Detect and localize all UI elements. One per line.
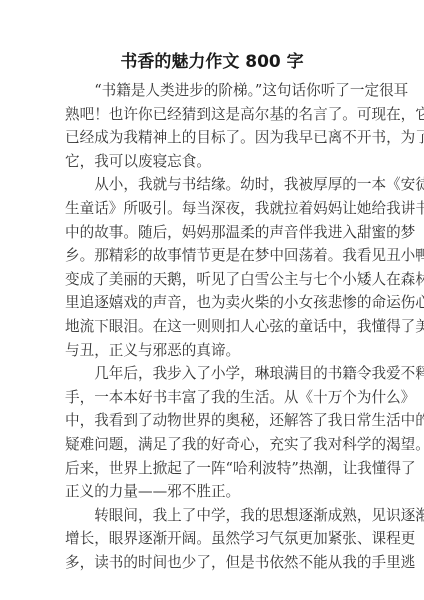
text-line: 疑难问题，满足了我的好奇心，充实了我对科学的渴望。	[65, 433, 361, 457]
paragraph-4: 转眼间，我上了中学，我的思想逐渐成熟，见识逐渐 增长，眼界逐渐开阔。虽然学习气氛…	[65, 504, 361, 575]
text-line: 已经成为我精神上的目标了。因为我早已离不开书，为了	[65, 126, 361, 150]
text-line: 多，读书的时间也少了，但是书依然不能从我的手里逃	[65, 551, 361, 575]
text-line: 正义的力量——邪不胜正。	[65, 480, 361, 504]
paragraph-2: 从小，我就与书结缘。幼时，我被厚厚的一本《安徒 生童话》所吸引。每当深夜，我就拉…	[65, 173, 361, 362]
text-line: 与丑，正义与邪恶的真谛。	[65, 339, 361, 363]
document-page: 书香的魅力作文 800 字 “书籍是人类进步的阶梯。”这句话你听了一定很耳 熟吧…	[0, 0, 424, 600]
text-line: 地流下眼泪。在这一则则扣人心弦的童话中，我懂得了美	[65, 315, 361, 339]
text-line: 从小，我就与书结缘。幼时，我被厚厚的一本《安徒	[65, 173, 361, 197]
text-line: 中的故事。随后，妈妈那温柔的声音伴我进入甜蜜的梦	[65, 221, 361, 245]
text-line: 熟吧！也许你已经猜到这是高尔基的名言了。可现在，它	[65, 103, 361, 127]
document-body: “书籍是人类进步的阶梯。”这句话你听了一定很耳 熟吧！也许你已经猜到这是高尔基的…	[65, 79, 361, 574]
paragraph-1: “书籍是人类进步的阶梯。”这句话你听了一定很耳 熟吧！也许你已经猜到这是高尔基的…	[65, 79, 361, 173]
document-title: 书香的魅力作文 800 字	[0, 50, 424, 74]
text-line: “书籍是人类进步的阶梯。”这句话你听了一定很耳	[65, 79, 361, 103]
text-line: 它，我可以废寝忘食。	[65, 150, 361, 174]
text-line: 转眼间，我上了中学，我的思想逐渐成熟，见识逐渐	[65, 504, 361, 528]
text-line: 几年后，我步入了小学，琳琅满目的书籍令我爱不释	[65, 362, 361, 386]
text-line: 乡。那精彩的故事情节更是在梦中回荡着。我看见丑小鸭	[65, 244, 361, 268]
text-line: 增长，眼界逐渐开阔。虽然学习气氛更加紧张、课程更	[65, 527, 361, 551]
text-line: 里追逐嬉戏的声音，也为卖火柴的小女孩悲惨的命运伤心	[65, 291, 361, 315]
text-line: 中，我看到了动物世界的奥秘，还解答了我日常生活中的	[65, 409, 361, 433]
text-line: 后来，世界上掀起了一阵“哈利波特”热潮，让我懂得了	[65, 457, 361, 481]
paragraph-3: 几年后，我步入了小学，琳琅满目的书籍令我爱不释 手，一本本好书丰富了我的生活。从…	[65, 362, 361, 504]
text-line: 生童话》所吸引。每当深夜，我就拉着妈妈让她给我讲书	[65, 197, 361, 221]
text-line: 变成了美丽的天鹅，听见了白雪公主与七个小矮人在森林	[65, 268, 361, 292]
text-line: 手，一本本好书丰富了我的生活。从《十万个为什么》	[65, 386, 361, 410]
